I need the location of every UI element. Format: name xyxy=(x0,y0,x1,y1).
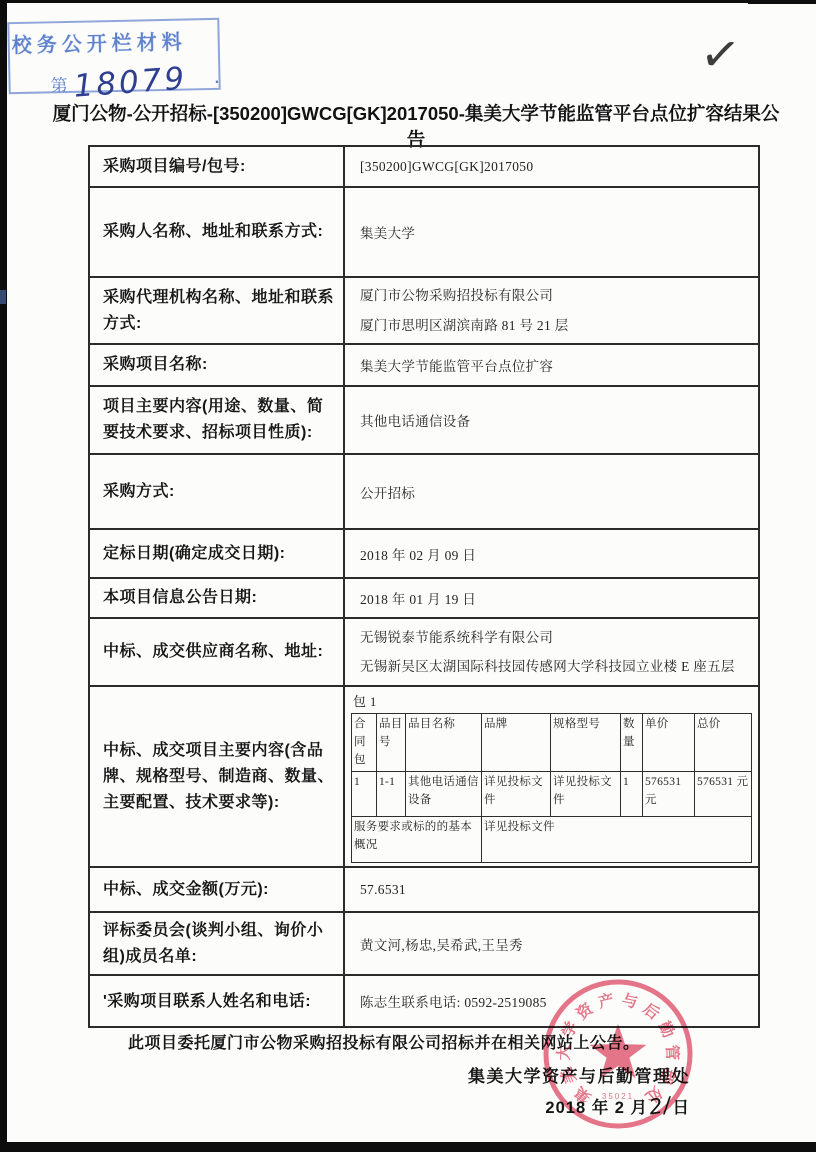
svg-text:资: 资 xyxy=(573,998,597,1023)
svg-text:学: 学 xyxy=(557,1018,581,1041)
table-row: 项目主要内容(用途、数量、简要技术要求、招标项目性质): 其他电话通信设备 xyxy=(89,386,759,454)
service-summary-value: 详见投标文件 xyxy=(482,817,752,863)
seal-star-icon xyxy=(590,1024,647,1078)
agency-address: 厦门市思明区湖滨南路 81 号 21 层 xyxy=(360,311,750,340)
svg-text:管: 管 xyxy=(663,1045,682,1062)
col-quantity: 数量 xyxy=(621,714,643,772)
cell-unit-price: 576531 元 xyxy=(643,772,695,817)
col-item-name: 品目名称 xyxy=(406,714,482,772)
award-detail-cell: 包 1 合同包 品目号 品目名称 品牌 规格型号 数量 单价 总价 1 xyxy=(344,686,759,867)
row-value: 无锡锐泰节能系统科学有限公司 无锡新吴区太湖国际科技园传感网大学科技园立业楼 E… xyxy=(344,618,759,686)
table-row: 本项目信息公告日期: 2018 年 01 月 19 日 xyxy=(89,578,759,618)
table-row: 定标日期(确定成交日期): 2018 年 02 月 09 日 xyxy=(89,529,759,578)
row-label: 本项目信息公告日期: xyxy=(89,578,344,618)
table-row: 采购方式: 公开招标 xyxy=(89,454,759,529)
row-value: 集美大学 xyxy=(344,187,759,277)
col-contract-package: 合同包 xyxy=(352,714,377,772)
svg-text:产: 产 xyxy=(596,990,616,1012)
row-value: 集美大学节能监管平台点位扩容 xyxy=(344,344,759,386)
row-label: 采购代理机构名称、地址和联系方式: xyxy=(89,277,344,344)
award-detail-table: 合同包 品目号 品目名称 品牌 规格型号 数量 单价 总价 1 1-1 其他电话… xyxy=(351,713,752,863)
row-value: 公开招标 xyxy=(344,454,759,529)
row-value: 其他电话通信设备 xyxy=(344,386,759,454)
award-header-row: 合同包 品目号 品目名称 品牌 规格型号 数量 单价 总价 xyxy=(352,714,752,772)
table-row: 采购项目名称: 集美大学节能监管平台点位扩容 xyxy=(89,344,759,386)
service-summary-label: 服务要求或标的的基本概况 xyxy=(352,817,482,863)
cell-total-price: 576531 元 xyxy=(695,772,752,817)
scan-edge-bottom xyxy=(0,1142,816,1152)
seal-serial: 35021 xyxy=(602,1092,634,1101)
col-unit-price: 单价 xyxy=(643,714,695,772)
table-row: 评标委员会(谈判小组、询价小组)成员名单: 黄文河,杨忠,吴希武,王呈秀 xyxy=(89,912,759,975)
registry-stamp-number-line: 第18079· xyxy=(50,60,219,100)
row-label: 中标、成交供应商名称、地址: xyxy=(89,618,344,686)
cell-item-name: 其他电话通信设备 xyxy=(406,772,482,817)
official-seal: 集美大学资产与后勤管理处 35021 xyxy=(536,972,700,1136)
supplier-name: 无锡锐泰节能系统科学有限公司 xyxy=(360,623,750,652)
svg-text:勤: 勤 xyxy=(655,1019,678,1041)
row-label: 评标委员会(谈判小组、询价小组)成员名单: xyxy=(89,912,344,975)
row-label: 项目主要内容(用途、数量、简要技术要求、招标项目性质): xyxy=(89,386,344,454)
table-row: 中标、成交供应商名称、地址: 无锡锐泰节能系统科学有限公司 无锡新吴区太湖国际科… xyxy=(89,618,759,686)
row-label: '采购项目联系人姓名和电话: xyxy=(89,975,344,1027)
svg-text:后: 后 xyxy=(640,999,664,1024)
row-value: 57.6531 xyxy=(344,867,759,912)
ink-dot: · xyxy=(213,68,221,93)
row-value: 2018 年 01 月 19 日 xyxy=(344,578,759,618)
row-value: 黄文河,杨忠,吴希武,王呈秀 xyxy=(344,912,759,975)
col-spec-model: 规格型号 xyxy=(551,714,621,772)
handwritten-checkmark: ✓ xyxy=(697,30,743,83)
row-value: 厦门市公物采购招投标有限公司 厦门市思明区湖滨南路 81 号 21 层 xyxy=(344,277,759,344)
row-value: 2018 年 02 月 09 日 xyxy=(344,529,759,578)
cell-brand: 详见投标文件 xyxy=(482,772,551,817)
ink-smudge xyxy=(0,290,6,304)
table-row: 采购代理机构名称、地址和联系方式: 厦门市公物采购招投标有限公司 厦门市思明区湖… xyxy=(89,277,759,344)
cell-quantity: 1 xyxy=(621,772,643,817)
row-label: 采购人名称、地址和联系方式: xyxy=(89,187,344,277)
agency-name: 厦门市公物采购招投标有限公司 xyxy=(360,281,750,310)
svg-text:理: 理 xyxy=(656,1065,679,1087)
award-data-row: 1 1-1 其他电话通信设备 详见投标文件 详见投标文件 1 576531 元 … xyxy=(352,772,752,817)
cell-spec-model: 详见投标文件 xyxy=(551,772,621,817)
registry-stamp-title: 校务公开栏材料 xyxy=(11,25,218,58)
row-label: 采购项目名称: xyxy=(89,344,344,386)
registry-stamp: 校务公开栏材料 第18079· xyxy=(7,18,220,94)
svg-text:处: 处 xyxy=(641,1083,665,1107)
supplier-address: 无锡新吴区太湖国际科技园传感网大学科技园立业楼 E 座五层 xyxy=(360,652,750,681)
svg-text:集: 集 xyxy=(570,1083,595,1108)
cell-contract-package: 1 xyxy=(352,772,377,817)
row-label: 中标、成交金额(万元): xyxy=(89,867,344,912)
row-label: 采购项目编号/包号: xyxy=(89,146,344,187)
row-label: 定标日期(确定成交日期): xyxy=(89,529,344,578)
registry-stamp-prefix: 第 xyxy=(50,76,67,95)
cell-item-no: 1-1 xyxy=(377,772,406,817)
handwritten-number: 18079 xyxy=(72,61,188,105)
row-label: 采购方式: xyxy=(89,454,344,529)
scan-edge-left xyxy=(0,0,7,1152)
package-label: 包 1 xyxy=(353,691,752,710)
scan-edge-top-right xyxy=(748,0,816,4)
table-row: 采购人名称、地址和联系方式: 集美大学 xyxy=(89,187,759,277)
announcement-table: 采购项目编号/包号: [350200]GWCG[GK]2017050 采购人名称… xyxy=(88,145,760,1028)
col-item-no: 品目号 xyxy=(377,714,406,772)
table-row: 中标、成交金额(万元): 57.6531 xyxy=(89,867,759,912)
row-value: [350200]GWCG[GK]2017050 xyxy=(344,146,759,187)
svg-text:与: 与 xyxy=(620,990,639,1012)
svg-text:美: 美 xyxy=(556,1065,580,1087)
row-label: 中标、成交项目主要内容(含品牌、规格型号、制造商、数量、主要配置、技术要求等): xyxy=(89,686,344,867)
col-total-price: 总价 xyxy=(695,714,752,772)
svg-text:大: 大 xyxy=(555,1044,573,1060)
scan-edge-top xyxy=(0,0,816,3)
table-row: 中标、成交项目主要内容(含品牌、规格型号、制造商、数量、主要配置、技术要求等):… xyxy=(89,686,759,867)
col-brand: 品牌 xyxy=(482,714,551,772)
table-row: 采购项目编号/包号: [350200]GWCG[GK]2017050 xyxy=(89,146,759,187)
award-summary-row: 服务要求或标的的基本概况 详见投标文件 xyxy=(352,817,752,863)
